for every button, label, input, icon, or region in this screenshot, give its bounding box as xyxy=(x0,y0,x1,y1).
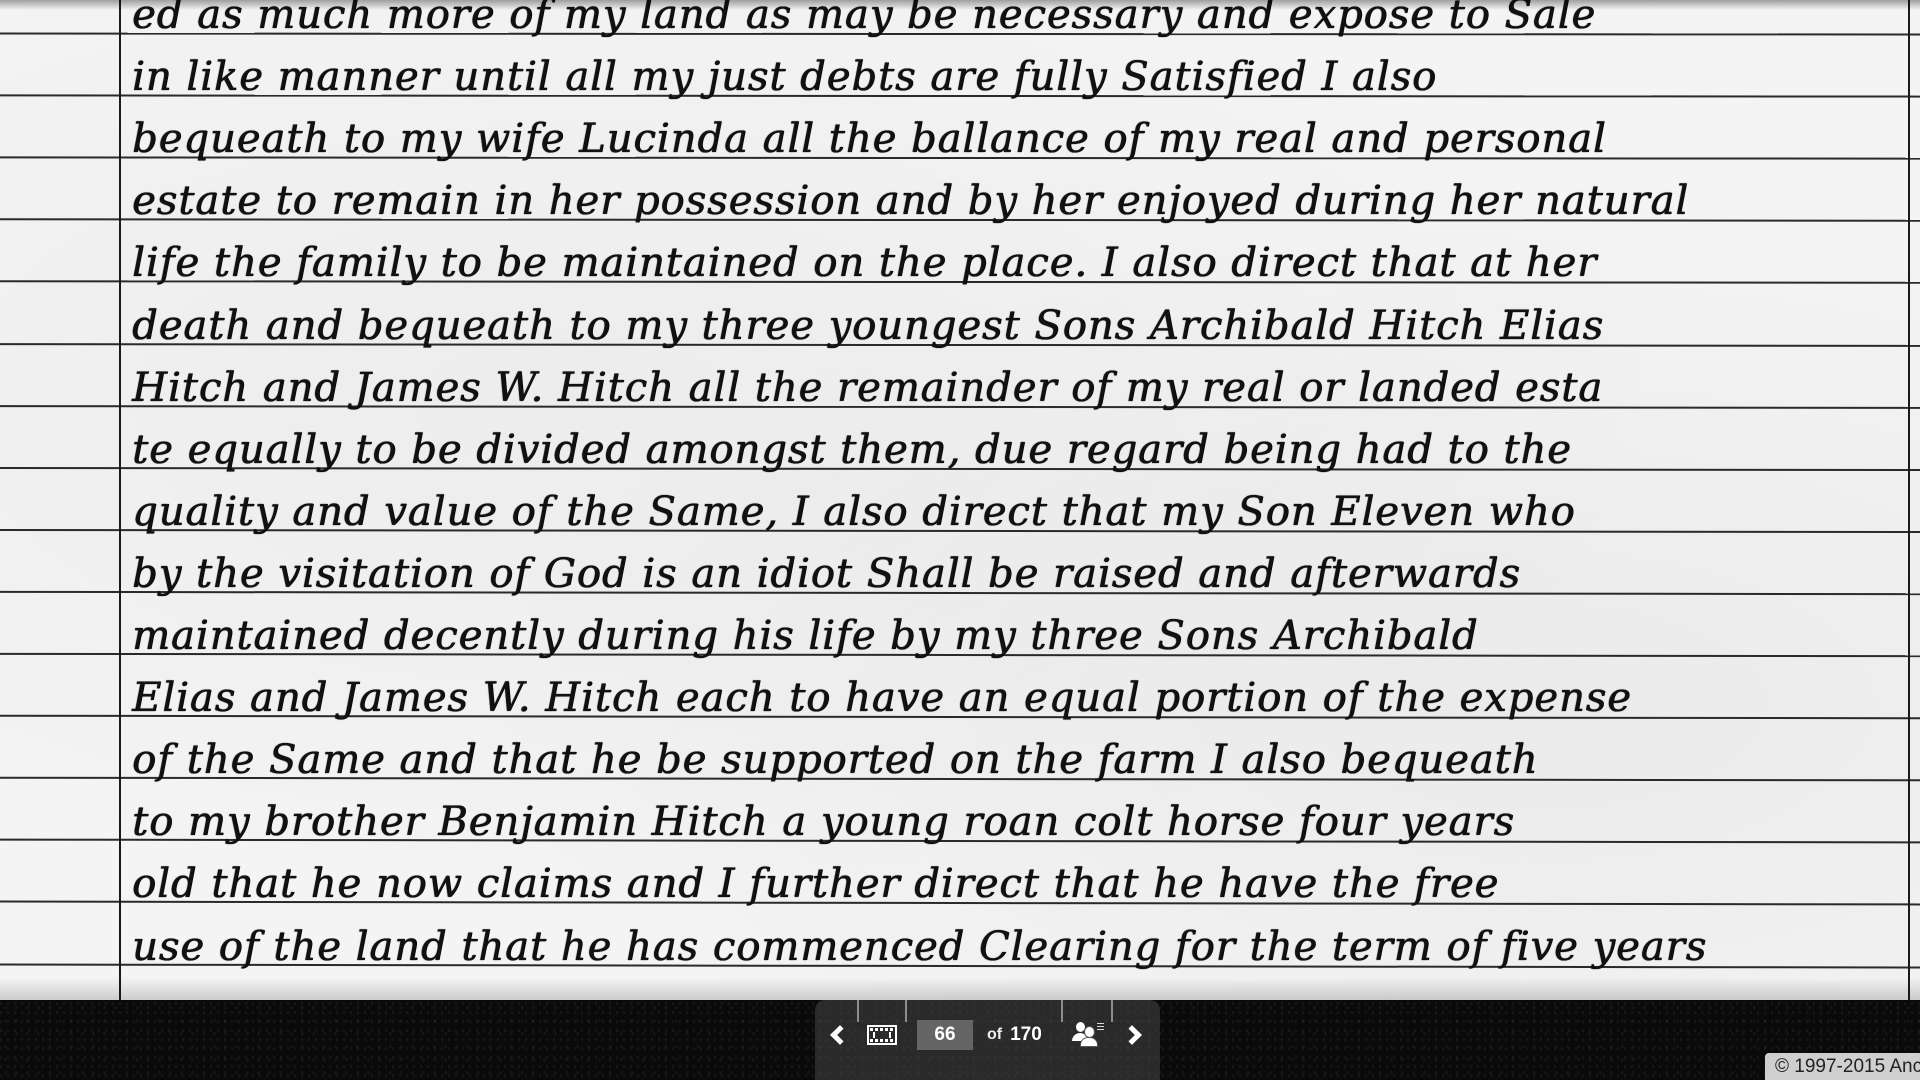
of-label: of xyxy=(987,1021,1002,1049)
left-margin-rule xyxy=(119,0,121,1008)
chevron-left-icon xyxy=(830,1025,850,1045)
index-people-button[interactable] xyxy=(1063,1000,1111,1048)
top-shadow xyxy=(0,0,1920,10)
handwritten-line: te equally to be divided amongst them, d… xyxy=(132,430,1902,470)
handwritten-line: death and bequeath to my three youngest … xyxy=(132,306,1902,346)
document-page-image[interactable]: ed as much more of my land as may be nec… xyxy=(0,0,1920,1008)
previous-page-button[interactable] xyxy=(815,1000,857,1048)
total-pages: 170 xyxy=(1010,1021,1042,1049)
handwritten-line: life the family to be maintained on the … xyxy=(132,243,1902,283)
next-page-button[interactable] xyxy=(1113,1000,1158,1048)
handwritten-line: Hitch and James W. Hitch all the remaind… xyxy=(132,368,1902,408)
people-index-icon xyxy=(1070,1021,1104,1047)
chevron-right-icon xyxy=(1122,1025,1142,1045)
handwritten-line: Elias and James W. Hitch each to have an… xyxy=(132,678,1902,718)
handwritten-line: to my brother Benjamin Hitch a young roa… xyxy=(132,802,1902,842)
handwritten-line: use of the land that he has commenced Cl… xyxy=(132,927,1902,967)
handwritten-line: of the Same and that he be supported on … xyxy=(132,740,1902,780)
handwritten-line: old that he now claims and I further dir… xyxy=(132,864,1902,904)
handwritten-line: bequeath to my wife Lucinda all the ball… xyxy=(132,119,1902,159)
right-margin-rule xyxy=(1908,0,1910,1008)
handwritten-line: quality and value of the Same, I also di… xyxy=(132,492,1902,532)
image-viewer[interactable]: ed as much more of my land as may be nec… xyxy=(0,0,1920,1080)
page-navigation-toolbar: of 170 xyxy=(815,1000,1160,1080)
handwritten-line: in like manner until all my just debts a… xyxy=(132,57,1902,97)
filmstrip-icon xyxy=(867,1025,897,1045)
filmstrip-button[interactable] xyxy=(859,1000,905,1048)
handwritten-line: maintained decently during his life by m… xyxy=(132,616,1902,656)
page-counter: of 170 xyxy=(907,1000,1061,1048)
handwritten-line: by the visitation of God is an idiot Sha… xyxy=(132,554,1902,594)
handwritten-line: estate to remain in her possession and b… xyxy=(132,181,1902,221)
current-page-input[interactable] xyxy=(917,1020,973,1050)
copyright-notice: © 1997-2015 Anc xyxy=(1765,1053,1920,1080)
